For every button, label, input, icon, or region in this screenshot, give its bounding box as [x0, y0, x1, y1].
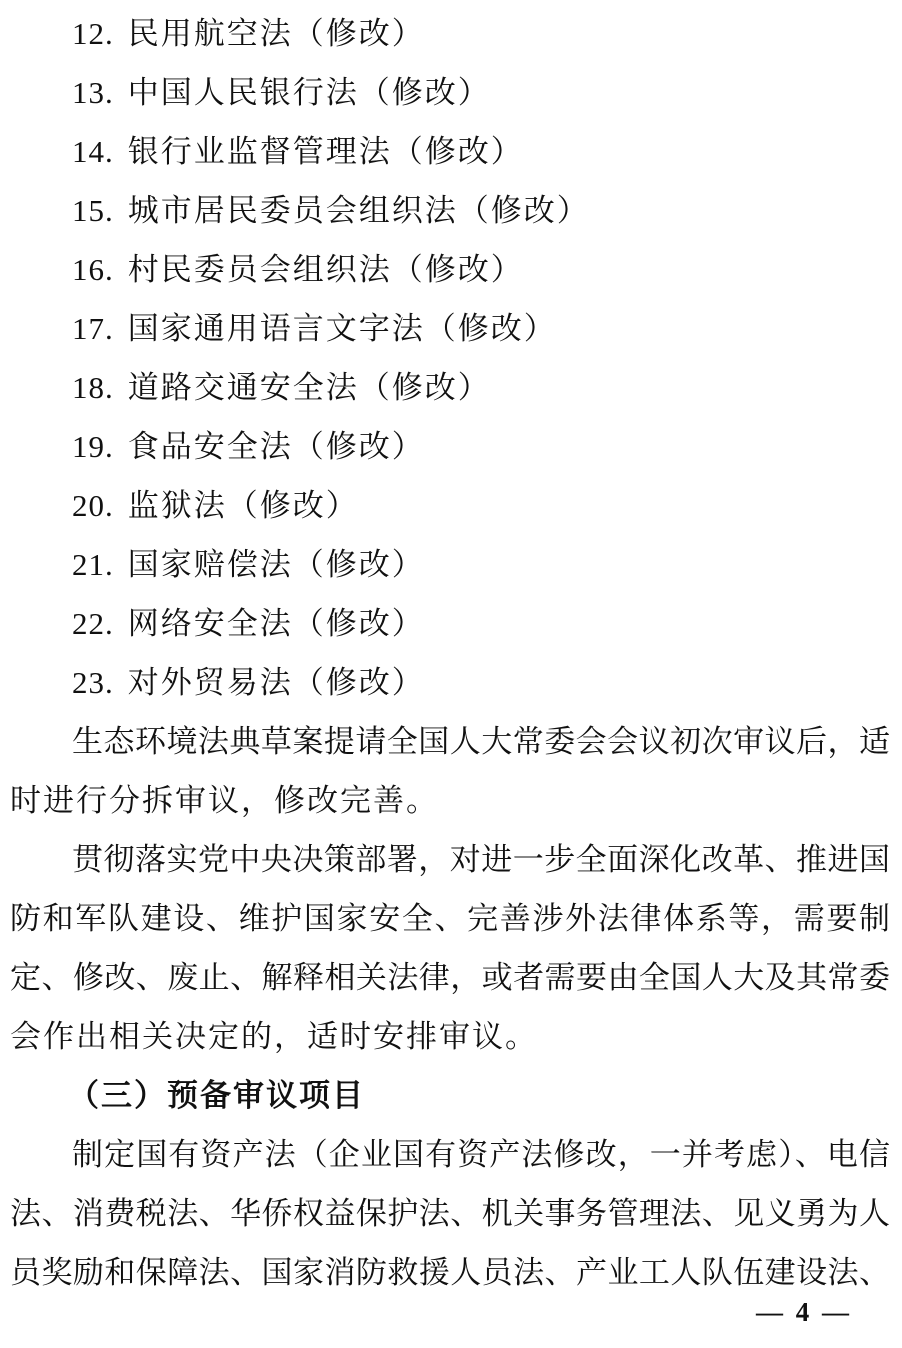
list-item-text: 网络安全法（修改）: [128, 606, 425, 641]
paragraph-line: 时进行分拆审议，修改完善。: [10, 771, 890, 830]
list-item-text: 道路交通安全法（修改）: [128, 370, 491, 405]
page-content: 12.民用航空法（修改） 13.中国人民银行法（修改） 14.银行业监督管理法（…: [0, 0, 902, 1302]
paragraph-eco-code: 生态环境法典草案提请全国人大常委会会议初次审议后，适 时进行分拆审议，修改完善。: [10, 712, 890, 830]
list-item-number: 12.: [72, 4, 114, 63]
list-item-text: 国家通用语言文字法（修改）: [128, 311, 557, 346]
list-item: 19.食品安全法（修改）: [10, 417, 890, 476]
section-heading: （三）预备审议项目: [10, 1066, 890, 1125]
list-item-text: 城市居民委员会组织法（修改）: [128, 193, 590, 228]
list-item-number: 20.: [72, 476, 114, 535]
list-item: 23.对外贸易法（修改）: [10, 653, 890, 712]
paragraph-line: 防和军队建设、维护国家安全、完善涉外法律体系等，需要制: [10, 889, 890, 948]
list-item: 13.中国人民银行法（修改）: [10, 63, 890, 122]
list-item-text: 银行业监督管理法（修改）: [128, 134, 524, 169]
list-item-text: 民用航空法（修改）: [128, 16, 425, 51]
list-item-number: 15.: [72, 181, 114, 240]
paragraph-line: 法、消费税法、华侨权益保护法、机关事务管理法、见义勇为人: [10, 1184, 890, 1243]
paragraph-line: 贯彻落实党中央决策部署，对进一步全面深化改革、推进国: [10, 830, 890, 889]
list-item-number: 23.: [72, 653, 114, 712]
list-item-text: 食品安全法（修改）: [128, 429, 425, 464]
list-item: 14.银行业监督管理法（修改）: [10, 122, 890, 181]
list-item: 17.国家通用语言文字法（修改）: [10, 299, 890, 358]
list-item-text: 中国人民银行法（修改）: [128, 75, 491, 110]
list-item: 16.村民委员会组织法（修改）: [10, 240, 890, 299]
list-item: 12.民用航空法（修改）: [10, 4, 890, 63]
list-item: 20.监狱法（修改）: [10, 476, 890, 535]
list-item-number: 13.: [72, 63, 114, 122]
list-item: 15.城市居民委员会组织法（修改）: [10, 181, 890, 240]
list-item-text: 村民委员会组织法（修改）: [128, 252, 524, 287]
list-item-number: 19.: [72, 417, 114, 476]
list-item: 22.网络安全法（修改）: [10, 594, 890, 653]
list-item-number: 22.: [72, 594, 114, 653]
paragraph-preparatory: 制定国有资产法（企业国有资产法修改，一并考虑）、电信 法、消费税法、华侨权益保护…: [10, 1125, 890, 1302]
paragraph-line: 会作出相关决定的，适时安排审议。: [10, 1007, 890, 1066]
paragraph-party-policy: 贯彻落实党中央决策部署，对进一步全面深化改革、推进国 防和军队建设、维护国家安全…: [10, 830, 890, 1066]
paragraph-line: 生态环境法典草案提请全国人大常委会会议初次审议后，适: [10, 712, 890, 771]
list-item-number: 16.: [72, 240, 114, 299]
list-item-text: 国家赔偿法（修改）: [128, 547, 425, 582]
list-item: 18.道路交通安全法（修改）: [10, 358, 890, 417]
page-number: — 4 —: [756, 1292, 852, 1332]
paragraph-line: 制定国有资产法（企业国有资产法修改，一并考虑）、电信: [10, 1125, 890, 1184]
paragraph-line: 定、修改、废止、解释相关法律，或者需要由全国人大及其常委: [10, 948, 890, 1007]
list-item: 21.国家赔偿法（修改）: [10, 535, 890, 594]
document-page: 12.民用航空法（修改） 13.中国人民银行法（修改） 14.银行业监督管理法（…: [0, 0, 902, 1348]
list-item-text: 监狱法（修改）: [128, 488, 359, 523]
list-item-text: 对外贸易法（修改）: [128, 665, 425, 700]
list-item-number: 14.: [72, 122, 114, 181]
list-item-number: 17.: [72, 299, 114, 358]
list-item-number: 18.: [72, 358, 114, 417]
list-item-number: 21.: [72, 535, 114, 594]
